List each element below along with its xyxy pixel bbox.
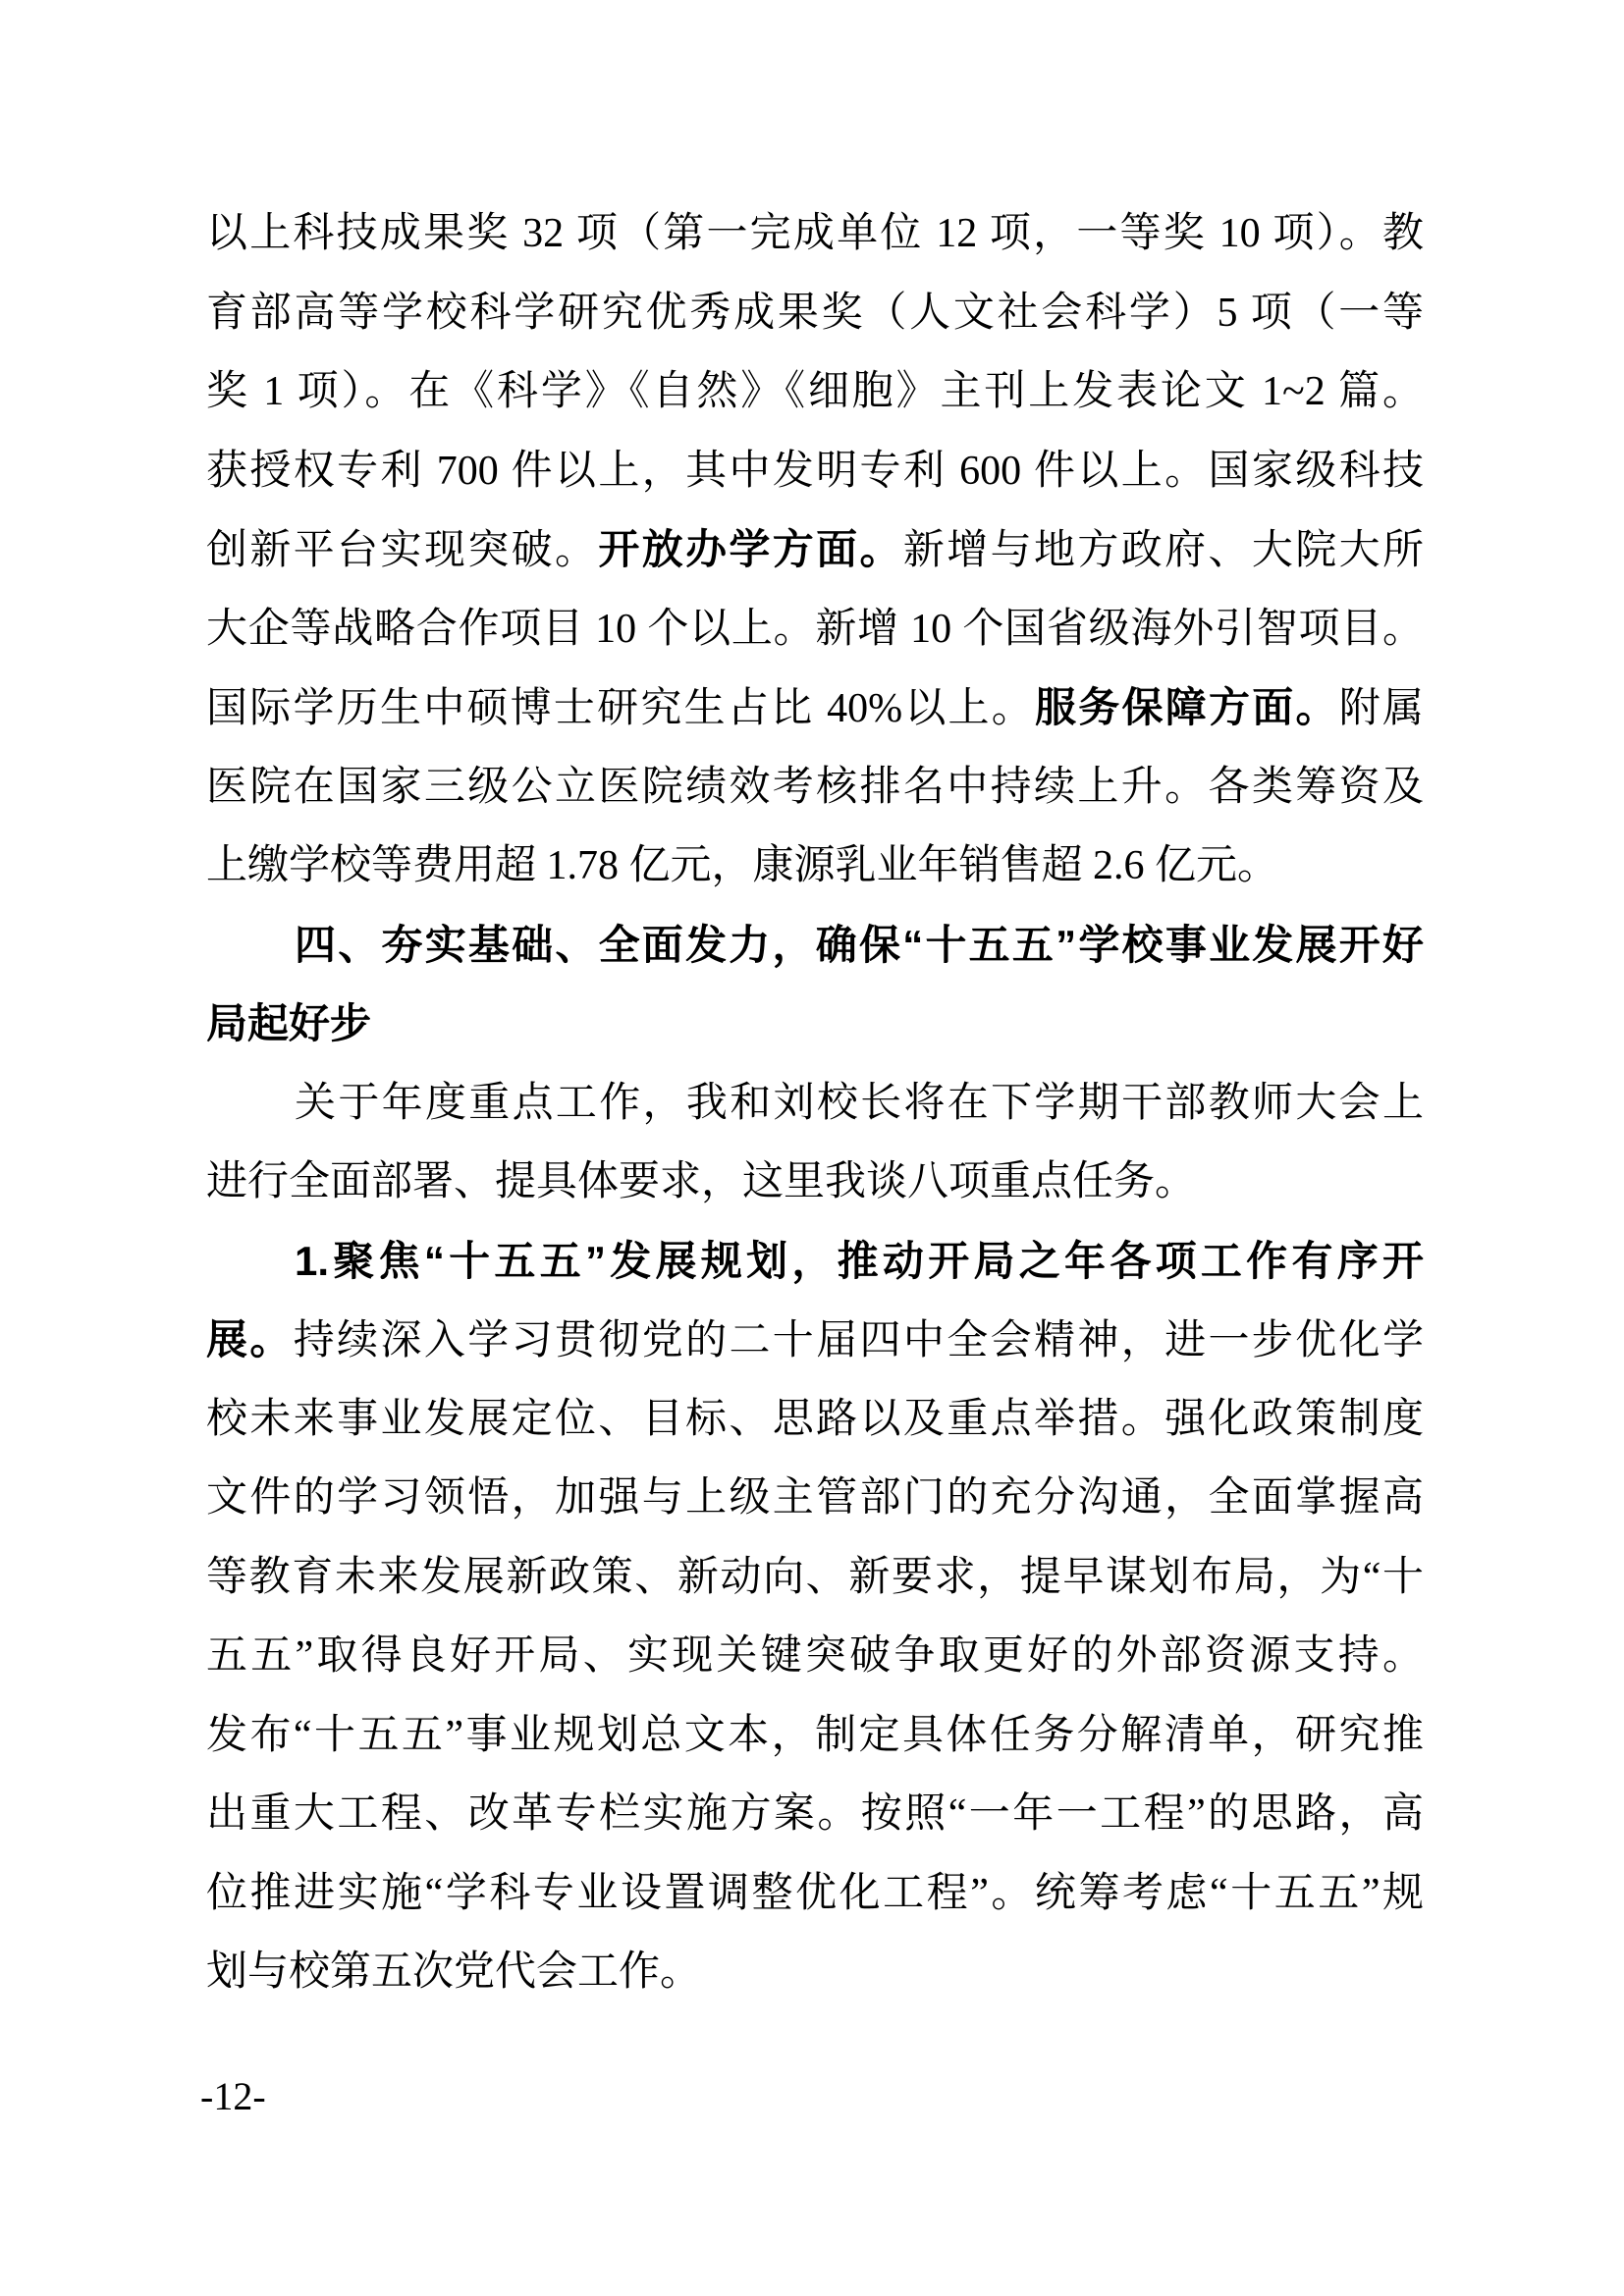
text-line: 位推进实施“学科专业设置调整优化工程”。统筹考虑“十五五”规 [206, 1854, 1424, 1934]
text-line: 等教育未来发展新政策、新动向、新要求，提早谋划布局，为“十 [206, 1538, 1424, 1618]
body-text: 国际学历生中硕博士研究生占比 40%以上。 [206, 686, 1035, 731]
text-line: 1.聚焦“十五五”发展规划，推动开局之年各项工作有序开 [206, 1222, 1424, 1302]
body-text: 发布“十五五”事业规划总文本，制定具体任务分解清单，研究推 [206, 1713, 1424, 1758]
text-line: 大企等战略合作项目 10 个以上。新增 10 个国省级海外引智项目。 [206, 590, 1424, 669]
body-text: 育部高等学校科学研究优秀成果奖（人文社会科学）5 项（一等 [206, 291, 1424, 336]
text-line: 五五”取得良好开局、实现关键突破争取更好的外部资源支持。 [206, 1617, 1424, 1696]
text-line: 奖 1 项）。在《科学》《自然》《细胞》主刊上发表论文 1~2 篇。 [206, 352, 1424, 432]
body-text: 持续深入学习贯彻党的二十届四中全会精神，进一步优化学 [294, 1318, 1424, 1363]
text-line: 出重大工程、改革专栏实施方案。按照“一年一工程”的思路，高 [206, 1775, 1424, 1854]
body-text: 出重大工程、改革专栏实施方案。按照“一年一工程”的思路，高 [206, 1791, 1424, 1837]
emphasis-text: 局起好步 [206, 1000, 371, 1046]
text-line: 国际学历生中硕博士研究生占比 40%以上。服务保障方面。附属 [206, 668, 1424, 748]
text-line: 局起好步 [206, 985, 1424, 1064]
document-body: 以上科技成果奖 32 项（第一完成单位 12 项，一等奖 10 项）。教育部高等… [206, 194, 1424, 2012]
body-text: 获授权专利 700 件以上，其中发明专利 600 件以上。国家级科技 [206, 449, 1424, 494]
body-text: 医院在国家三级公立医院绩效考核排名中持续上升。各类筹资及 [206, 765, 1424, 810]
text-line: 获授权专利 700 件以上，其中发明专利 600 件以上。国家级科技 [206, 432, 1424, 511]
emphasis-text: 四、夯实基础、全面发力，确保“十五五”学校事业发展开好 [295, 922, 1424, 968]
body-text: 位推进实施“学科专业设置调整优化工程”。统筹考虑“十五五”规 [206, 1871, 1424, 1916]
text-line: 医院在国家三级公立医院绩效考核排名中持续上升。各类筹资及 [206, 748, 1424, 828]
text-line: 划与校第五次党代会工作。 [206, 1933, 1424, 2012]
text-line: 育部高等学校科学研究优秀成果奖（人文社会科学）5 项（一等 [206, 274, 1424, 353]
text-line: 四、夯实基础、全面发力，确保“十五五”学校事业发展开好 [206, 906, 1424, 986]
text-line: 校未来事业发展定位、目标、思路以及重点举措。强化政策制度 [206, 1380, 1424, 1460]
emphasis-text: 服务保障方面。 [1035, 684, 1339, 730]
body-text: 上缴学校等费用超 1.78 亿元，康源乳业年销售超 2.6 亿元。 [206, 843, 1278, 888]
text-line: 上缴学校等费用超 1.78 亿元，康源乳业年销售超 2.6 亿元。 [206, 827, 1424, 906]
emphasis-text: 1.聚焦“十五五”发展规划，推动开局之年各项工作有序开 [295, 1238, 1424, 1284]
emphasis-text: 展。 [206, 1316, 294, 1362]
body-text: 创新平台实现突破。 [206, 528, 598, 573]
body-text: 奖 1 项）。在《科学》《自然》《细胞》主刊上发表论文 1~2 篇。 [206, 369, 1424, 414]
body-text: 校未来事业发展定位、目标、思路以及重点举措。强化政策制度 [206, 1397, 1424, 1442]
body-text: 以上科技成果奖 32 项（第一完成单位 12 项，一等奖 10 项）。教 [206, 211, 1424, 256]
body-text: 进行全面部署、提具体要求，这里我谈八项重点任务。 [206, 1159, 1196, 1204]
page-number: -12- [200, 2073, 266, 2120]
text-line: 以上科技成果奖 32 项（第一完成单位 12 项，一等奖 10 项）。教 [206, 194, 1424, 274]
text-line: 进行全面部署、提具体要求，这里我谈八项重点任务。 [206, 1143, 1424, 1222]
body-text: 新增与地方政府、大院大所 [903, 528, 1424, 573]
body-text: 划与校第五次党代会工作。 [206, 1949, 701, 1995]
body-text: 大企等战略合作项目 10 个以上。新增 10 个国省级海外引智项目。 [206, 607, 1424, 652]
body-text: 五五”取得良好开局、实现关键突破争取更好的外部资源支持。 [206, 1633, 1424, 1679]
text-line: 发布“十五五”事业规划总文本，制定具体任务分解清单，研究推 [206, 1696, 1424, 1776]
body-text: 等教育未来发展新政策、新动向、新要求，提早谋划布局，为“十 [206, 1555, 1424, 1600]
body-text: 文件的学习领悟，加强与上级主管部门的充分沟通，全面掌握高 [206, 1475, 1424, 1521]
text-line: 关于年度重点工作，我和刘校长将在下学期干部教师大会上 [206, 1064, 1424, 1144]
emphasis-text: 开放办学方面。 [598, 526, 903, 572]
document-page: 以上科技成果奖 32 项（第一完成单位 12 项，一等奖 10 项）。教育部高等… [0, 0, 1624, 2296]
text-line: 创新平台实现突破。开放办学方面。新增与地方政府、大院大所 [206, 510, 1424, 590]
body-text: 关于年度重点工作，我和刘校长将在下学期干部教师大会上 [295, 1081, 1424, 1126]
text-line: 文件的学习领悟，加强与上级主管部门的充分沟通，全面掌握高 [206, 1459, 1424, 1538]
text-line: 展。持续深入学习贯彻党的二十届四中全会精神，进一步优化学 [206, 1301, 1424, 1380]
body-text: 附属 [1339, 686, 1424, 731]
